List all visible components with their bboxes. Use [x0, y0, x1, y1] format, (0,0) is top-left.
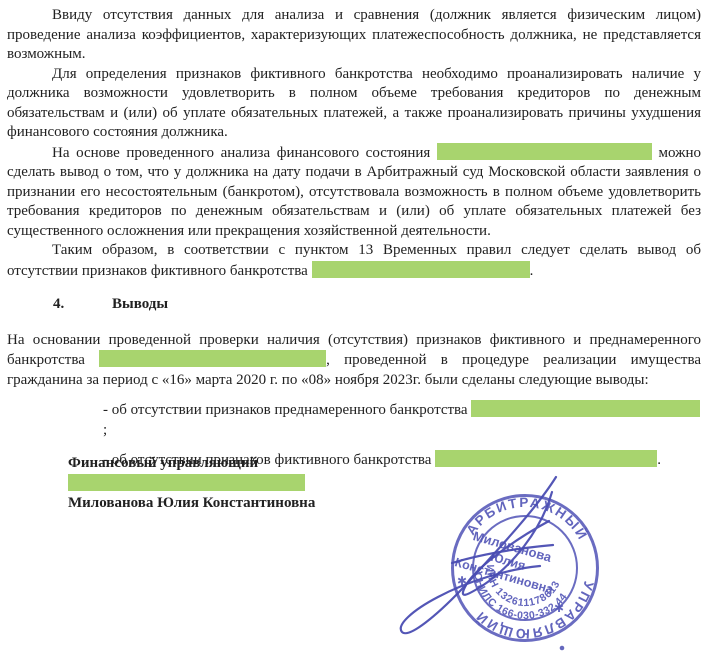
stamp-ring-word2: УПРАВЛЯЮЩИЙ — [470, 542, 598, 660]
svg-text:АРБИТРАЖНЫЙ: АРБИТРАЖНЫЙ — [462, 470, 598, 583]
section-number: 4. — [53, 295, 112, 315]
stamp-name-line3: Константиновна — [453, 555, 556, 597]
stamp-numbers: ИНН 132611178613 СНИЛС 166-030-332 44 — [463, 559, 574, 633]
stamp-name-line2: Юлия — [489, 550, 527, 573]
paragraph-verification-result: На основании проведенной проверки наличи… — [7, 331, 701, 391]
stamp-inn-text: ИНН 132611178613 — [476, 562, 564, 618]
conclusion-item-premeditated: - об отсутствии признаков преднамеренног… — [7, 400, 701, 440]
stamp-star-right: ✱ — [554, 601, 564, 615]
paragraph-text: Ввиду отсутствия данных для анализа и ср… — [7, 7, 701, 62]
redaction-highlight — [471, 400, 700, 417]
bullet-text: - об отсутствии признаков преднамеренног… — [103, 402, 468, 418]
signature — [401, 477, 565, 650]
stamp-star-left: ✱ — [457, 574, 467, 588]
paragraph-text: . — [530, 263, 534, 279]
paragraph-no-data: Ввиду отсутствия данных для анализа и ср… — [7, 6, 701, 65]
section-title: Выводы — [112, 296, 168, 312]
redaction-highlight — [437, 143, 652, 160]
stamp-name-text: Милованова Юлия Константиновна — [453, 525, 564, 597]
signer-role: Финансовый управляющий — [68, 454, 328, 472]
paragraph-analysis-basis: На основе проведенного анализа финансово… — [7, 143, 701, 242]
redaction-highlight — [312, 261, 530, 278]
stamp-name-line1: Милованова — [471, 528, 553, 565]
svg-text:ИНН 132611178613: ИНН 132611178613 — [476, 562, 564, 618]
stamp-outer-circle — [453, 496, 598, 641]
paragraph-point13-conclusion: Таким образом, в соответствии с пунктом … — [7, 241, 701, 281]
svg-text:УПРАВЛЯЮЩИЙ: УПРАВЛЯЮЩИЙ — [470, 542, 598, 660]
signature-block: Финансовый управляющий Милованова Юлия К… — [68, 454, 328, 512]
stamp-ring-word1: АРБИТРАЖНЫЙ — [462, 470, 598, 583]
signature-stroke — [401, 477, 556, 633]
paragraph-fictitious-definition: Для определения признаков фиктивного бан… — [7, 65, 701, 143]
document-page: Ввиду отсутствия данных для анализа и ср… — [0, 0, 708, 471]
bullet-text: . — [657, 452, 661, 468]
paragraph-text: Для определения признаков фиктивного бан… — [7, 66, 701, 141]
signature-stroke — [463, 492, 552, 595]
svg-text:СНИЛС 166-030-332 44: СНИЛС 166-030-332 44 — [463, 569, 572, 633]
redaction-highlight — [435, 450, 657, 467]
signature-ink-dot — [560, 646, 565, 651]
signer-name: Милованова Юлия Константиновна — [68, 494, 328, 512]
redaction-highlight — [99, 350, 326, 367]
signature-stroke — [452, 545, 553, 563]
bullet-text: ; — [103, 422, 107, 438]
stamp-ring-text: АРБИТРАЖНЫЙ УПРАВЛЯЮЩИЙ — [427, 470, 622, 660]
redaction-highlight — [68, 474, 305, 491]
paragraph-text: На основе проведенного анализа финансово… — [52, 145, 430, 161]
stamp-inner-circle — [473, 516, 577, 620]
stamp-snils-text: СНИЛС 166-030-332 44 — [463, 569, 572, 633]
section-heading-conclusions: 4.Выводы — [7, 295, 701, 315]
